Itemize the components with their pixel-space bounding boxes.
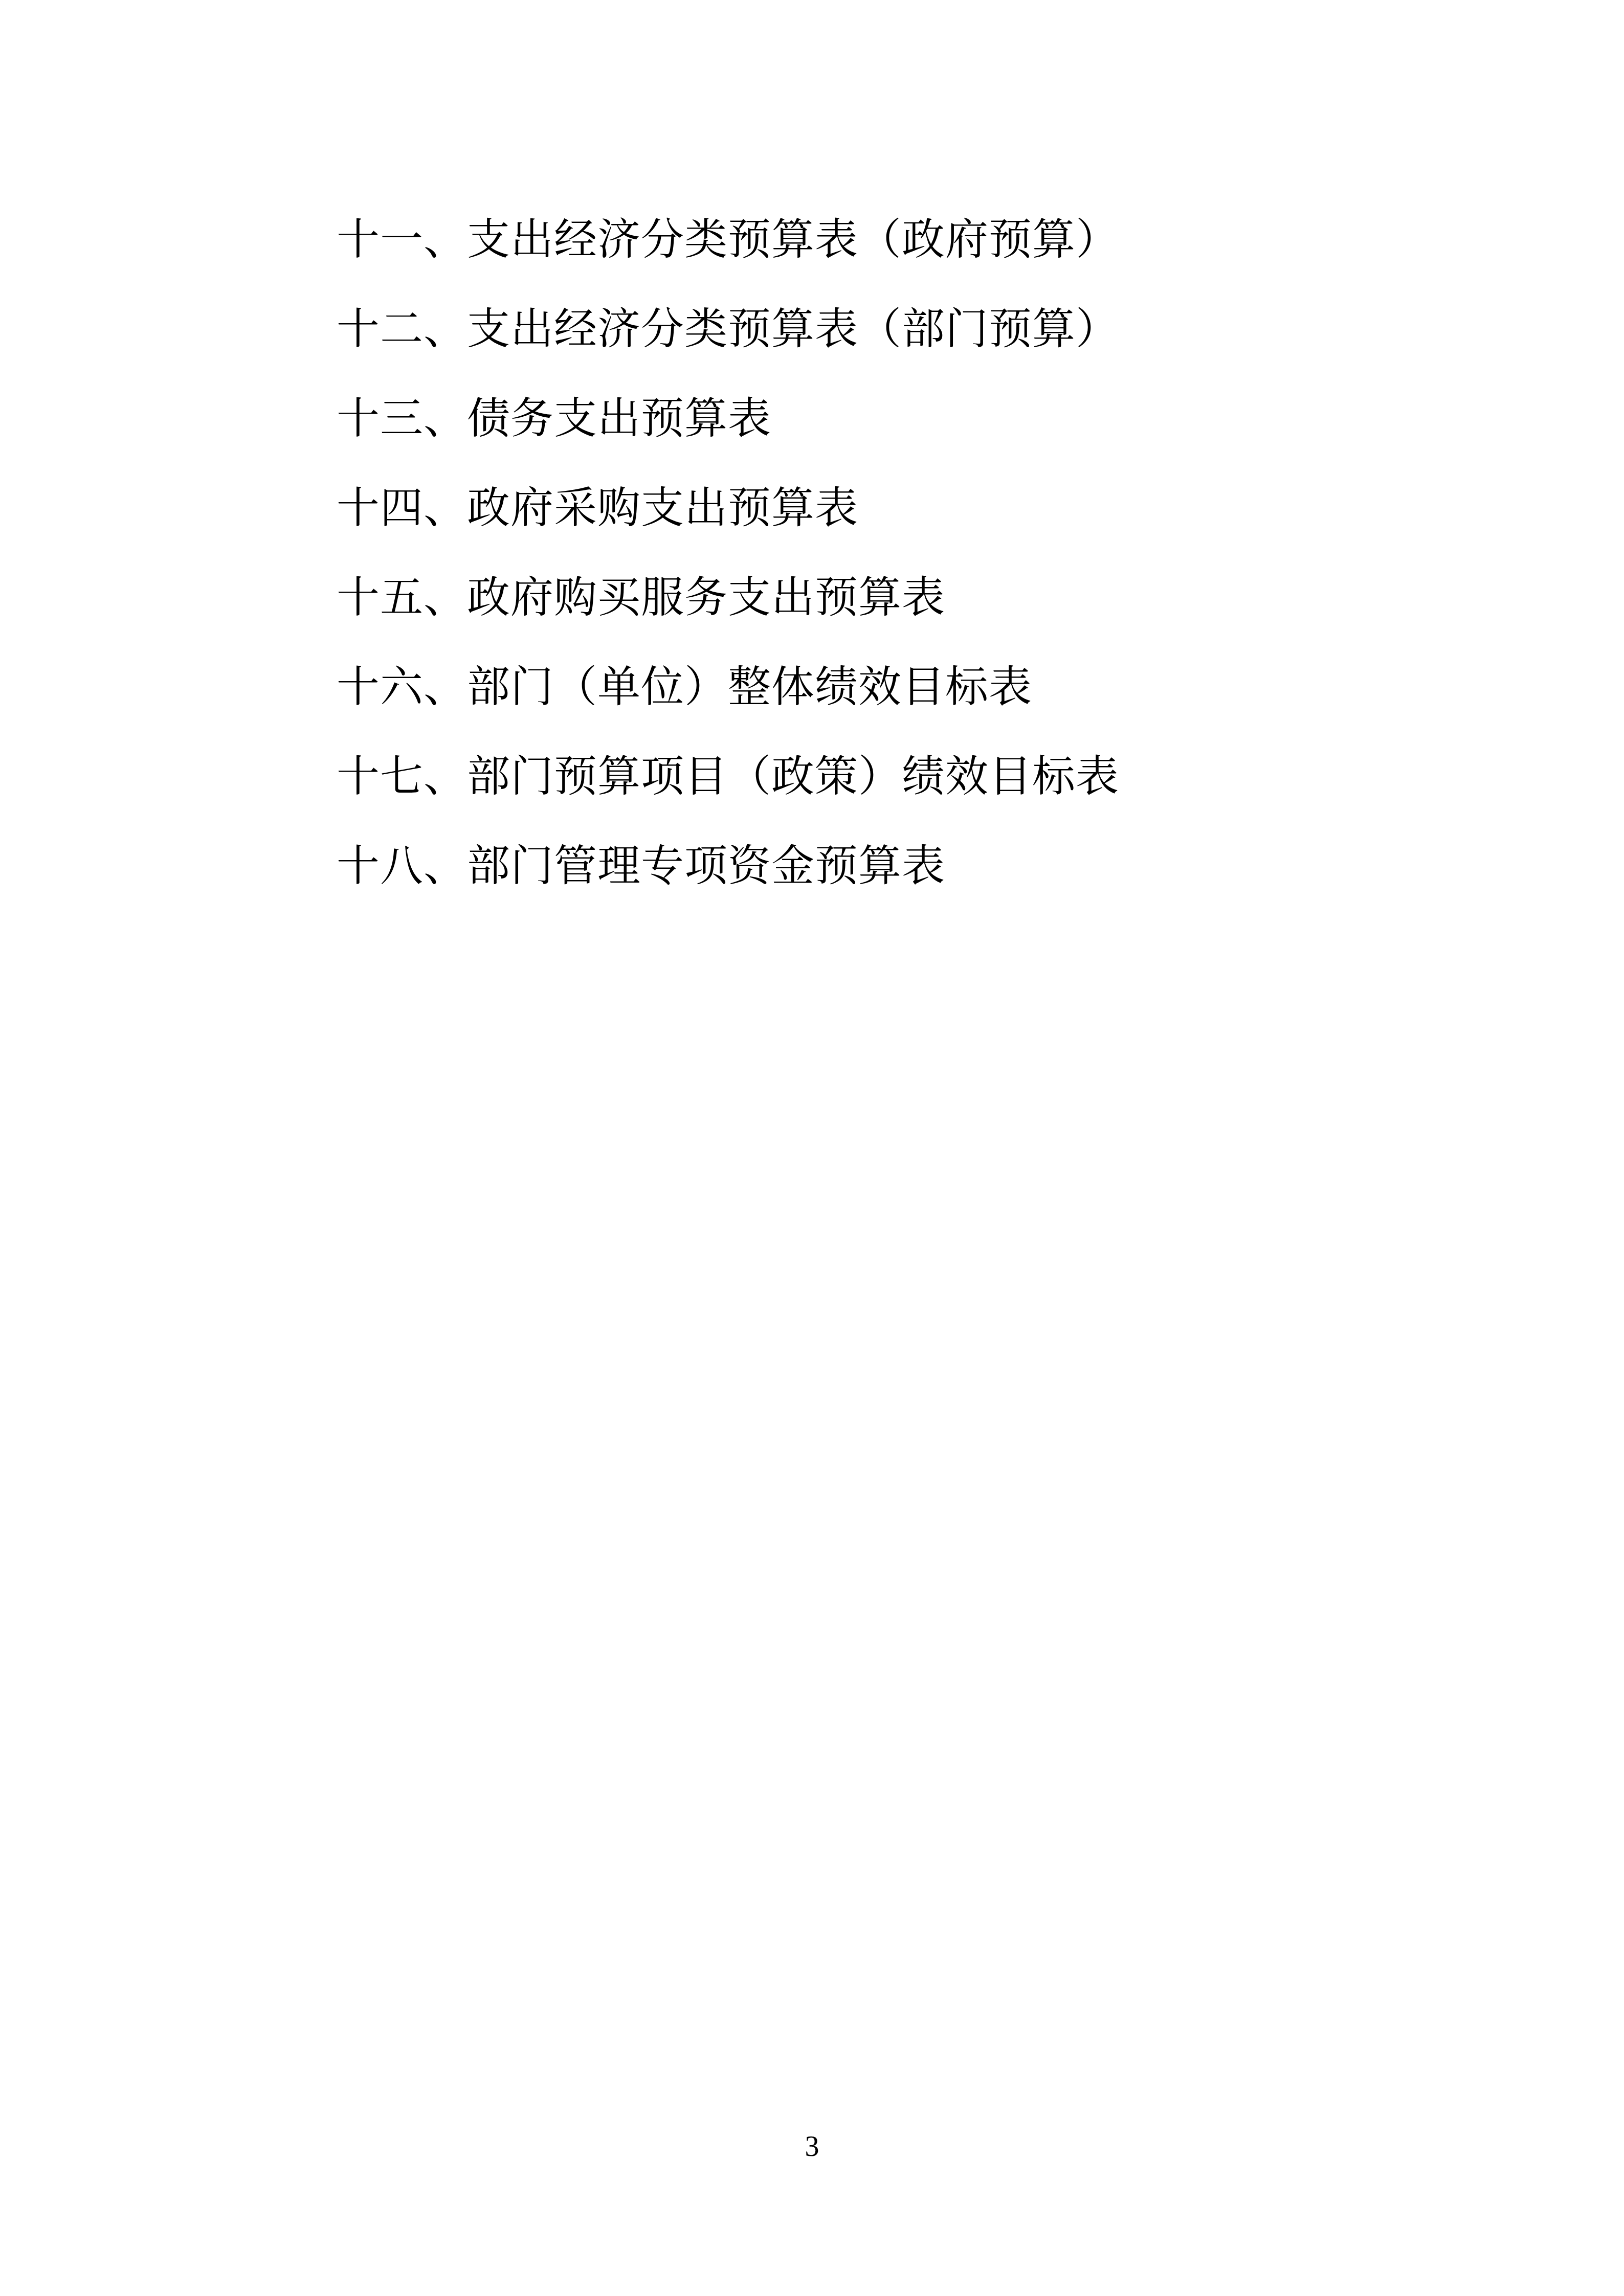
toc-item: 十八、部门管理专项资金预算表 [337, 822, 1522, 911]
document-page: 十一、支出经济分类预算表（政府预算） 十二、支出经济分类预算表（部门预算） 十三… [0, 0, 1624, 2296]
toc-item: 十四、政府采购支出预算表 [337, 464, 1522, 553]
toc-item: 十一、支出经济分类预算表（政府预算） [337, 195, 1522, 285]
toc-item: 十七、部门预算项目（政策）绩效目标表 [337, 732, 1522, 822]
toc-item: 十五、政府购买服务支出预算表 [337, 553, 1522, 643]
toc-item: 十二、支出经济分类预算表（部门预算） [337, 285, 1522, 374]
toc-item: 十六、部门（单位）整体绩效目标表 [337, 643, 1522, 732]
page-number: 3 [0, 2126, 1624, 2167]
toc-item: 十三、债务支出预算表 [337, 374, 1522, 464]
table-of-contents: 十一、支出经济分类预算表（政府预算） 十二、支出经济分类预算表（部门预算） 十三… [337, 195, 1522, 911]
